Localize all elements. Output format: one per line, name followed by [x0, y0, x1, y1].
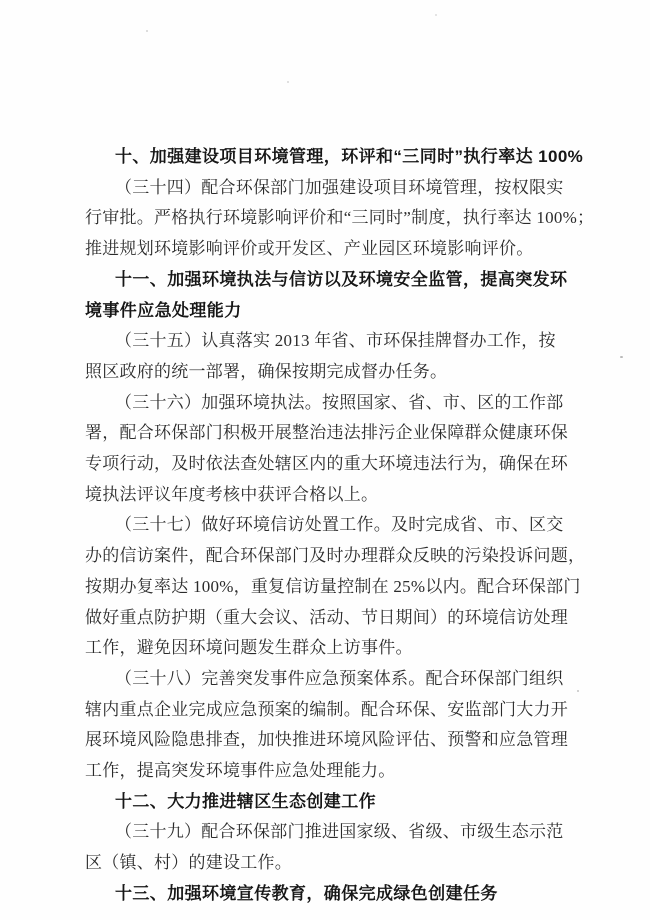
- paragraph: （三十九）配合环保部门推进国家级、省级、市级生态示范区（镇、村）的建设工作。: [85, 817, 573, 878]
- scan-speck: [146, 30, 148, 32]
- text-line: （三十九）配合环保部门推进国家级、省级、市级生态示范: [85, 817, 573, 848]
- paragraph: （三十七）做好环境信访处置工作。及时完成省、市、区交办的信访案件，配合环保部门及…: [85, 510, 573, 664]
- text-line: 工作，避免因环境问题发生群众上访事件。: [85, 633, 573, 664]
- paragraph: （三十五）认真落实 2013 年省、市环保挂牌督办工作，按照区政府的统一部署，确…: [85, 326, 573, 387]
- text-line: 照区政府的统一部署，确保按期完成督办任务。: [85, 357, 573, 388]
- text-line: 十、加强建设项目环境管理，环评和“三同时”执行率达 100%: [85, 142, 573, 173]
- section-heading: 十三、加强环境宣传教育，确保完成绿色创建任务: [85, 879, 573, 910]
- text-line: 署，配合环保部门积极开展整治违法排污企业保障群众健康环保: [85, 418, 573, 449]
- text-line: 区（镇、村）的建设工作。: [85, 848, 573, 879]
- text-line: 工作，提高突发环境事件应急处理能力。: [85, 756, 573, 787]
- paragraph: （三十六）加强环境执法。按照国家、省、市、区的工作部署，配合环保部门积极开展整治…: [85, 388, 573, 511]
- text-line: 境事件应急处理能力: [85, 296, 573, 327]
- text-line: 展环境风险隐患排查，加快推进环境风险评估、预警和应急管理: [85, 725, 573, 756]
- section-heading: 十二、大力推进辖区生态创建工作: [85, 787, 573, 818]
- text-line: 做好重点防护期（重大会议、活动、节日期间）的环境信访处理: [85, 603, 573, 634]
- text-line: （三十七）做好环境信访处置工作。及时完成省、市、区交: [85, 510, 573, 541]
- text-line: 推进规划环境影响评价或开发区、产业园区环境影响评价。: [85, 234, 573, 265]
- scan-speck: [577, 690, 579, 692]
- text-line: （三十八）完善突发事件应急预案体系。配合环保部门组织: [85, 664, 573, 695]
- document-page: 十、加强建设项目环境管理，环评和“三同时”执行率达 100%（三十四）配合环保部…: [0, 0, 650, 920]
- text-line: 专项行动，及时依法查处辖区内的重大环境违法行为，确保在环: [85, 449, 573, 480]
- text-line: 按期办复率达 100%，重复信访量控制在 25%以内。配合环保部门: [85, 572, 573, 603]
- text-line: 十三、加强环境宣传教育，确保完成绿色创建任务: [85, 879, 573, 910]
- scan-speck: [287, 81, 289, 83]
- text-line: 辖内重点企业完成应急预案的编制。配合环保、安监部门大力开: [85, 695, 573, 726]
- text-line: （三十四）配合环保部门加强建设项目环境管理，按权限实: [85, 173, 573, 204]
- paragraph: （三十四）配合环保部门加强建设项目环境管理，按权限实行审批。严格执行环境影响评价…: [85, 173, 573, 265]
- scan-speck: [435, 14, 437, 16]
- text-line: （三十五）认真落实 2013 年省、市环保挂牌督办工作，按: [85, 326, 573, 357]
- section-heading: 十一、加强环境执法与信访以及环境安全监管，提高突发环境事件应急处理能力: [85, 265, 573, 326]
- section-heading: 十、加强建设项目环境管理，环评和“三同时”执行率达 100%: [85, 142, 573, 173]
- text-line: 办的信访案件，配合环保部门及时办理群众反映的污染投诉问题，: [85, 541, 573, 572]
- text-line: （三十六）加强环境执法。按照国家、省、市、区的工作部: [85, 388, 573, 419]
- scan-speck: [620, 356, 623, 358]
- text-line: 境执法评议年度考核中获评合格以上。: [85, 480, 573, 511]
- text-line: 行审批。严格执行环境影响评价和“三同时”制度，执行率达 100%；: [85, 203, 573, 234]
- paragraph: （三十八）完善突发事件应急预案体系。配合环保部门组织辖内重点企业完成应急预案的编…: [85, 664, 573, 787]
- document-content: 十、加强建设项目环境管理，环评和“三同时”执行率达 100%（三十四）配合环保部…: [85, 142, 573, 910]
- text-line: 十二、大力推进辖区生态创建工作: [85, 787, 573, 818]
- text-line: 十一、加强环境执法与信访以及环境安全监管，提高突发环: [85, 265, 573, 296]
